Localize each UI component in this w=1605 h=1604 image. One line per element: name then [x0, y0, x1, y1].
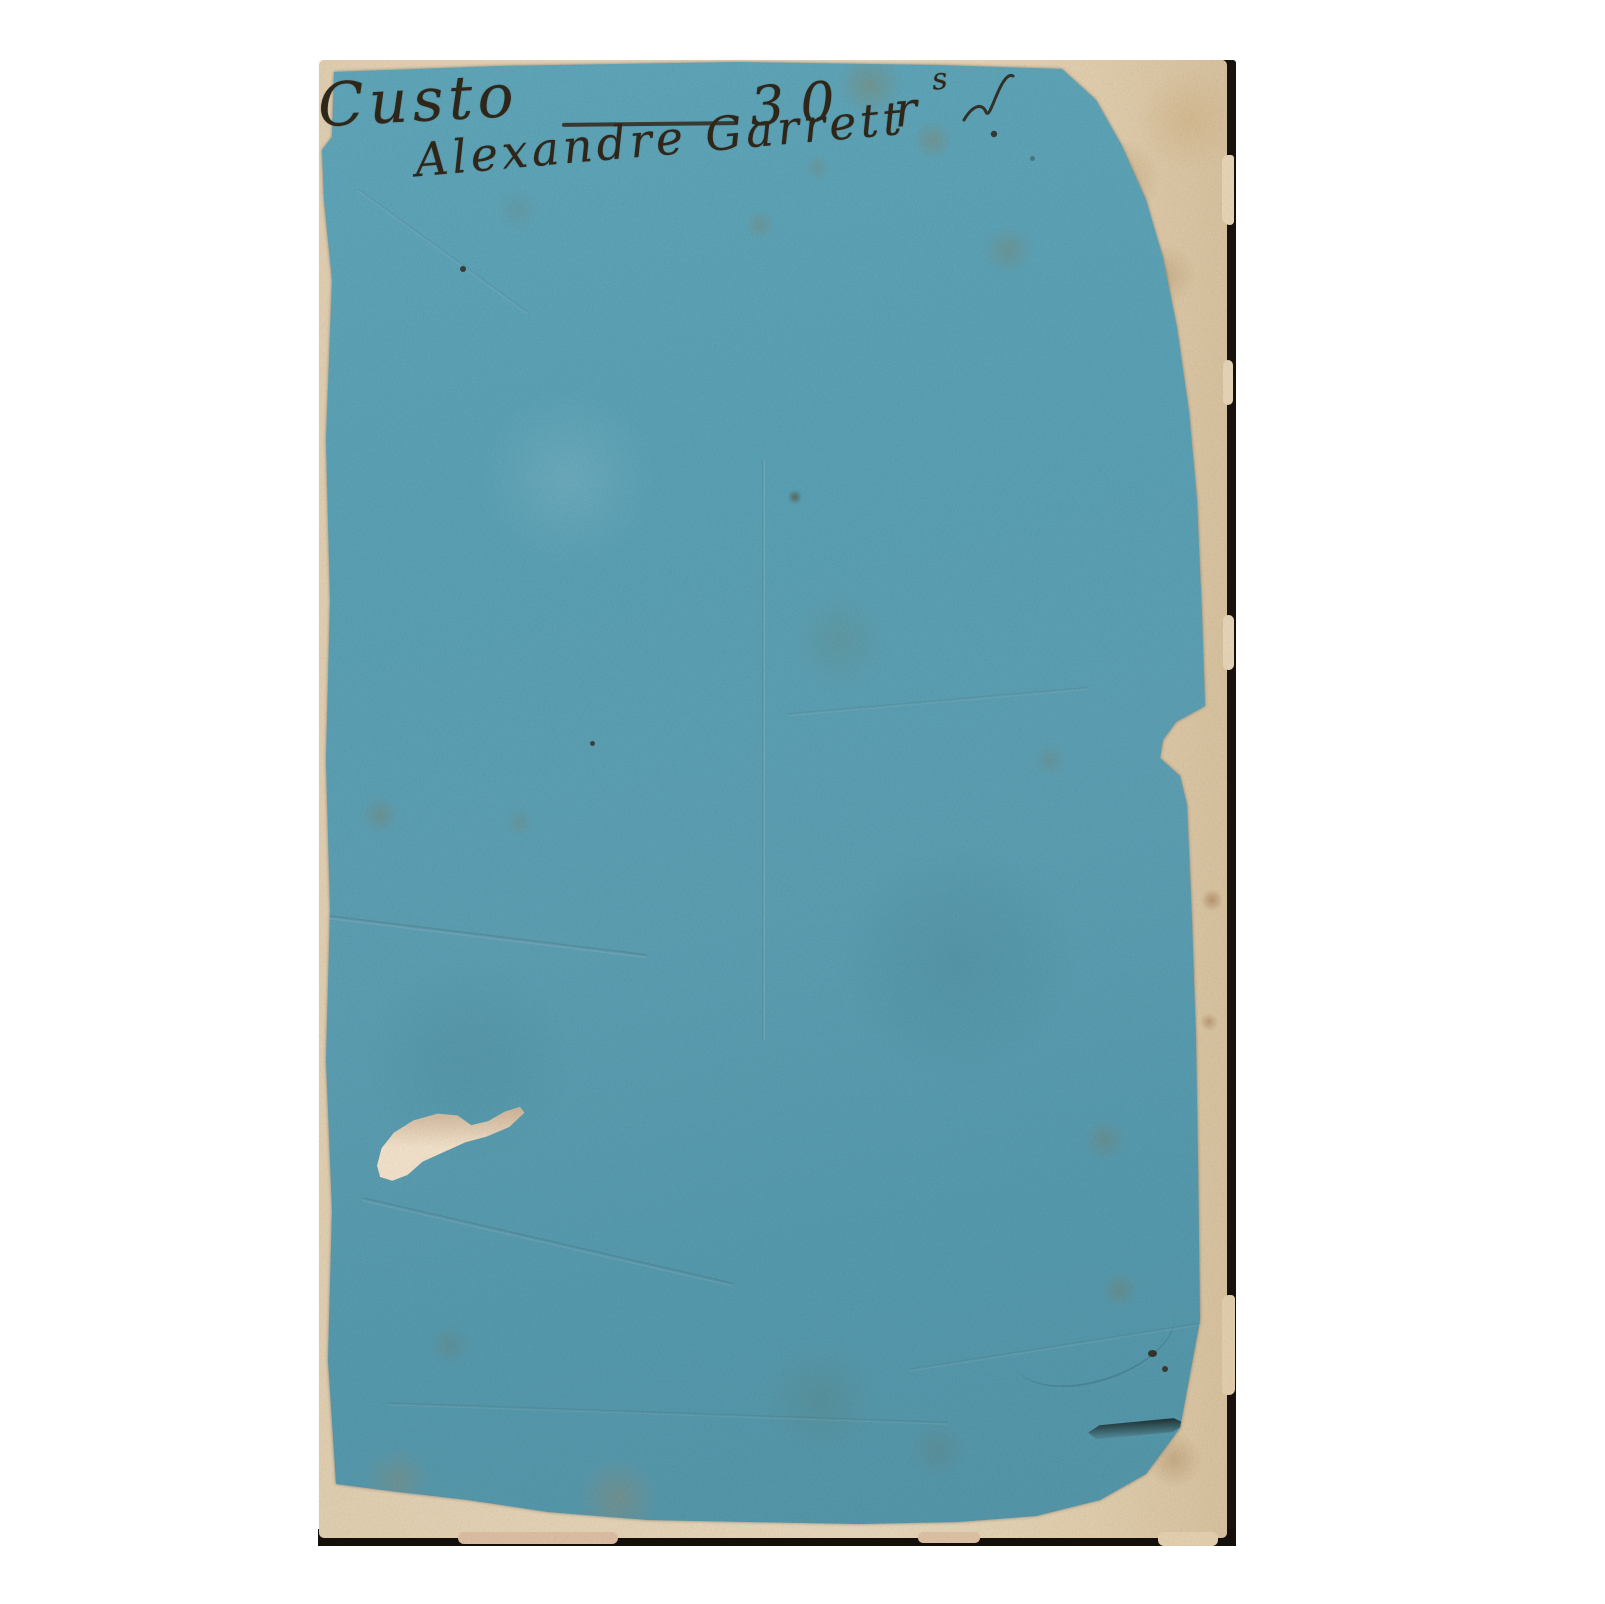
book-cover: Alexandre Garrett Custo 30 r s [318, 60, 1236, 1546]
ink-speck [1148, 1350, 1157, 1357]
scan-background: Alexandre Garrett Custo 30 r s [0, 0, 1605, 1604]
cost-amount: 30 [748, 69, 853, 139]
cost-label: Custo [316, 61, 520, 141]
ink-speck [590, 741, 595, 746]
ink-speck [1162, 1366, 1168, 1372]
flourish-mark [958, 68, 1022, 152]
center-fold-line [762, 460, 765, 1040]
fox-speck [1030, 156, 1035, 161]
crease-line [362, 1197, 733, 1286]
fold-slit [1088, 1417, 1187, 1440]
crease-arc [998, 1266, 1188, 1406]
crease-line [910, 1322, 1207, 1372]
crease-line [388, 1402, 948, 1425]
crease-line [788, 687, 1087, 716]
ink-speck [460, 266, 466, 272]
crease-line [357, 189, 529, 315]
crease-line [319, 914, 647, 958]
blue-cover-paper [318, 60, 1236, 1546]
cost-unit: r [892, 81, 919, 138]
